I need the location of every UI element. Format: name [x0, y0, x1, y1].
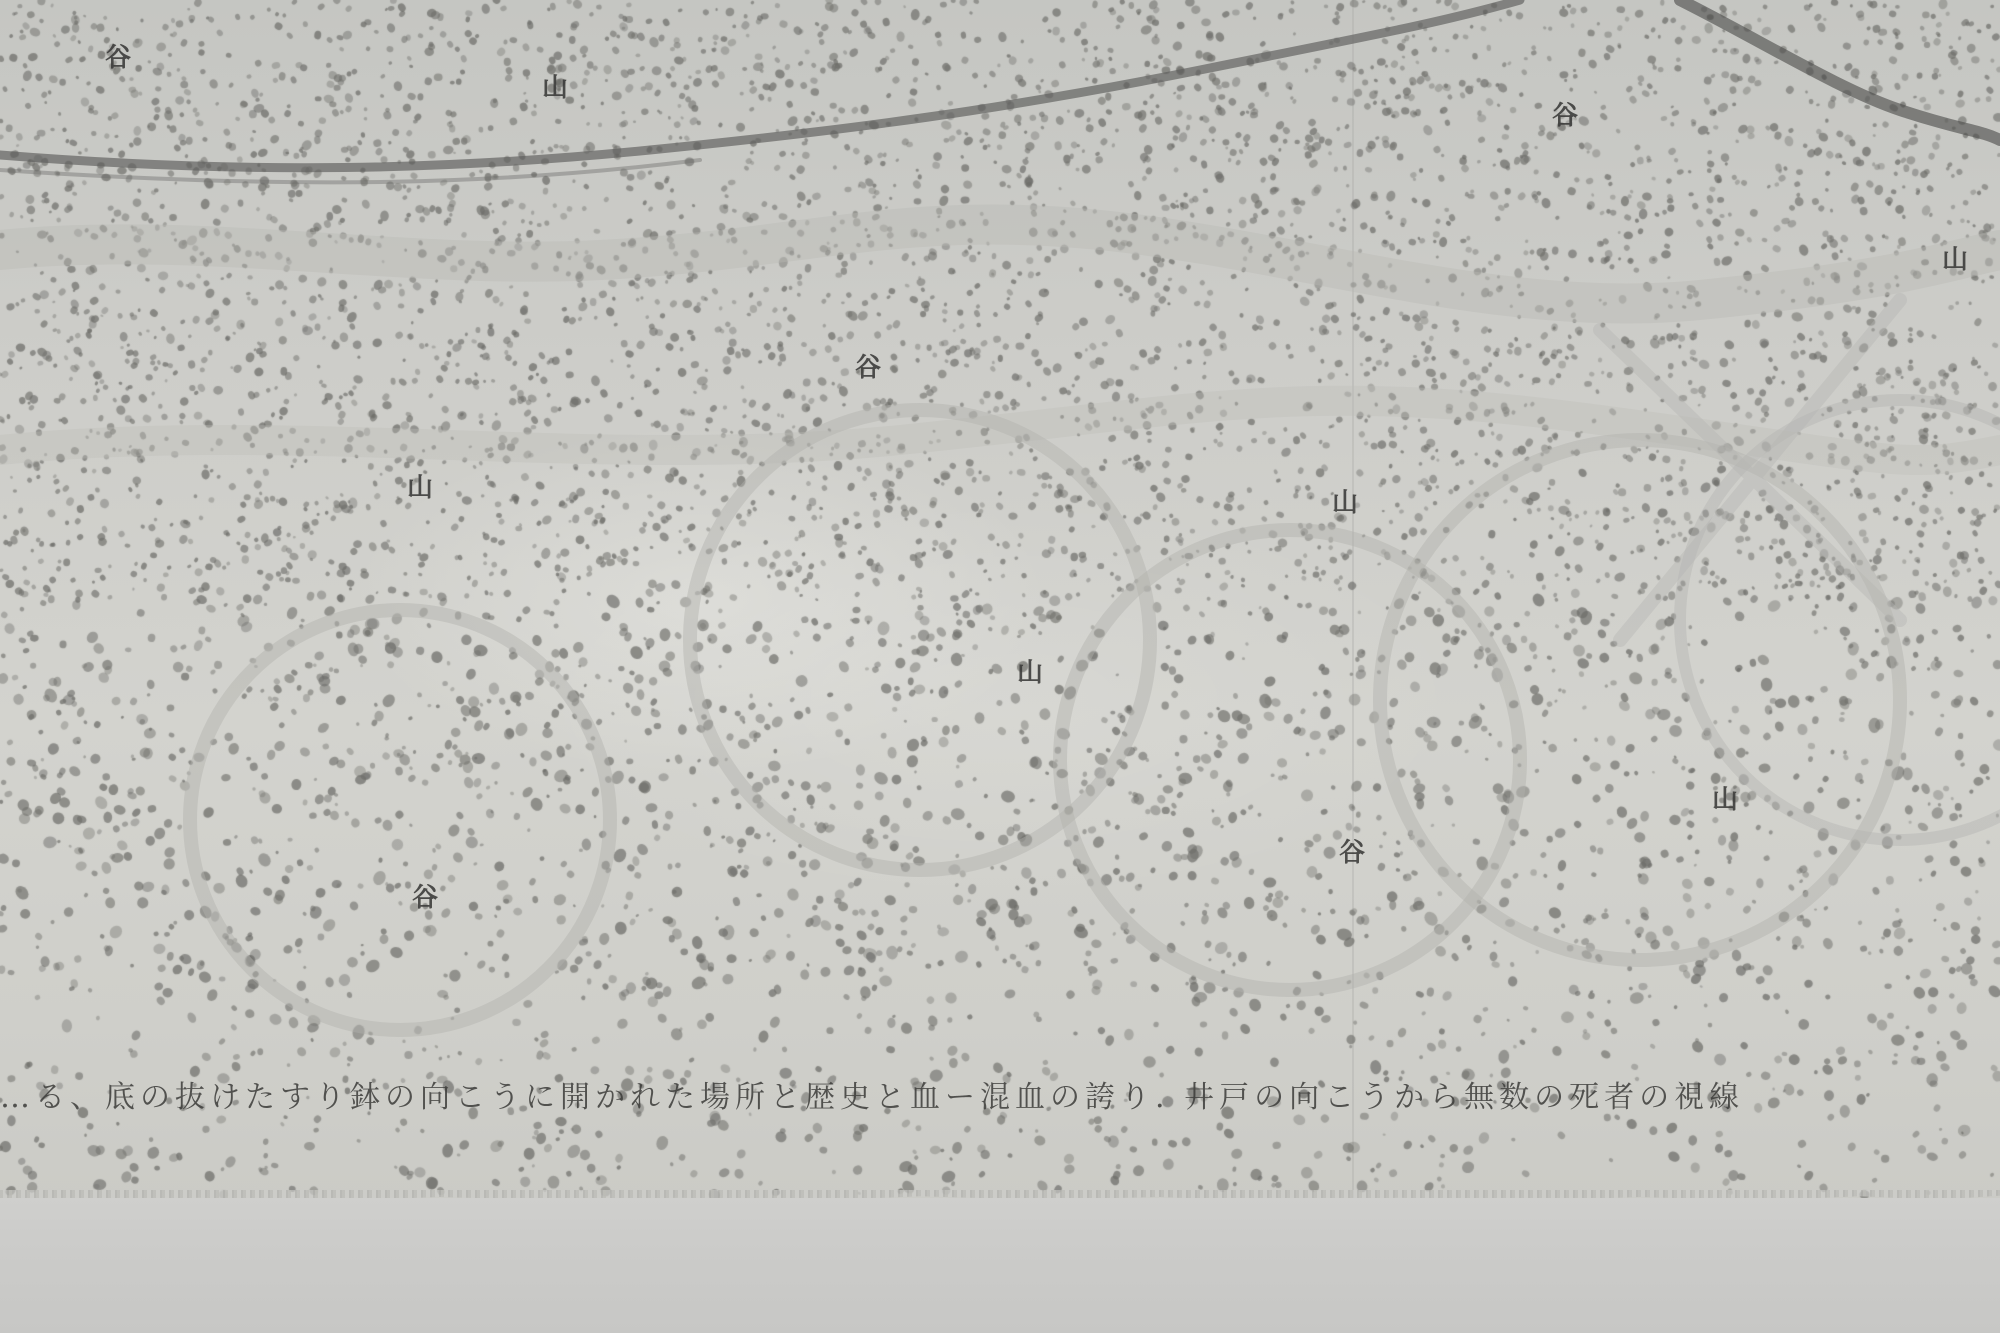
gallery-wall	[0, 1198, 2000, 1333]
ink-character: 山	[1712, 787, 1738, 813]
ink-character: 谷	[1339, 840, 1365, 866]
ink-character: 谷	[105, 45, 131, 71]
ink-character: 山	[1942, 247, 1968, 273]
ink-character: 谷	[1552, 103, 1578, 129]
brush-strokes	[0, 0, 2000, 1202]
ink-character: 谷	[855, 355, 881, 381]
handwritten-caption: …る、底の抜けたすり鉢の向こうに開かれた場所と歴史と血ー混血の誇り. 井戸の向こ…	[0, 1072, 1744, 1116]
ink-character: 山	[407, 475, 433, 501]
artwork-paper: 谷山谷山谷山山山山谷谷 …る、底の抜けたすり鉢の向こうに開かれた場所と歴史と血ー…	[0, 0, 2000, 1202]
ink-character: 谷	[412, 885, 438, 911]
ink-character: 山	[542, 75, 568, 101]
ink-character: 山	[1017, 660, 1043, 686]
ink-character: 山	[1332, 490, 1358, 516]
